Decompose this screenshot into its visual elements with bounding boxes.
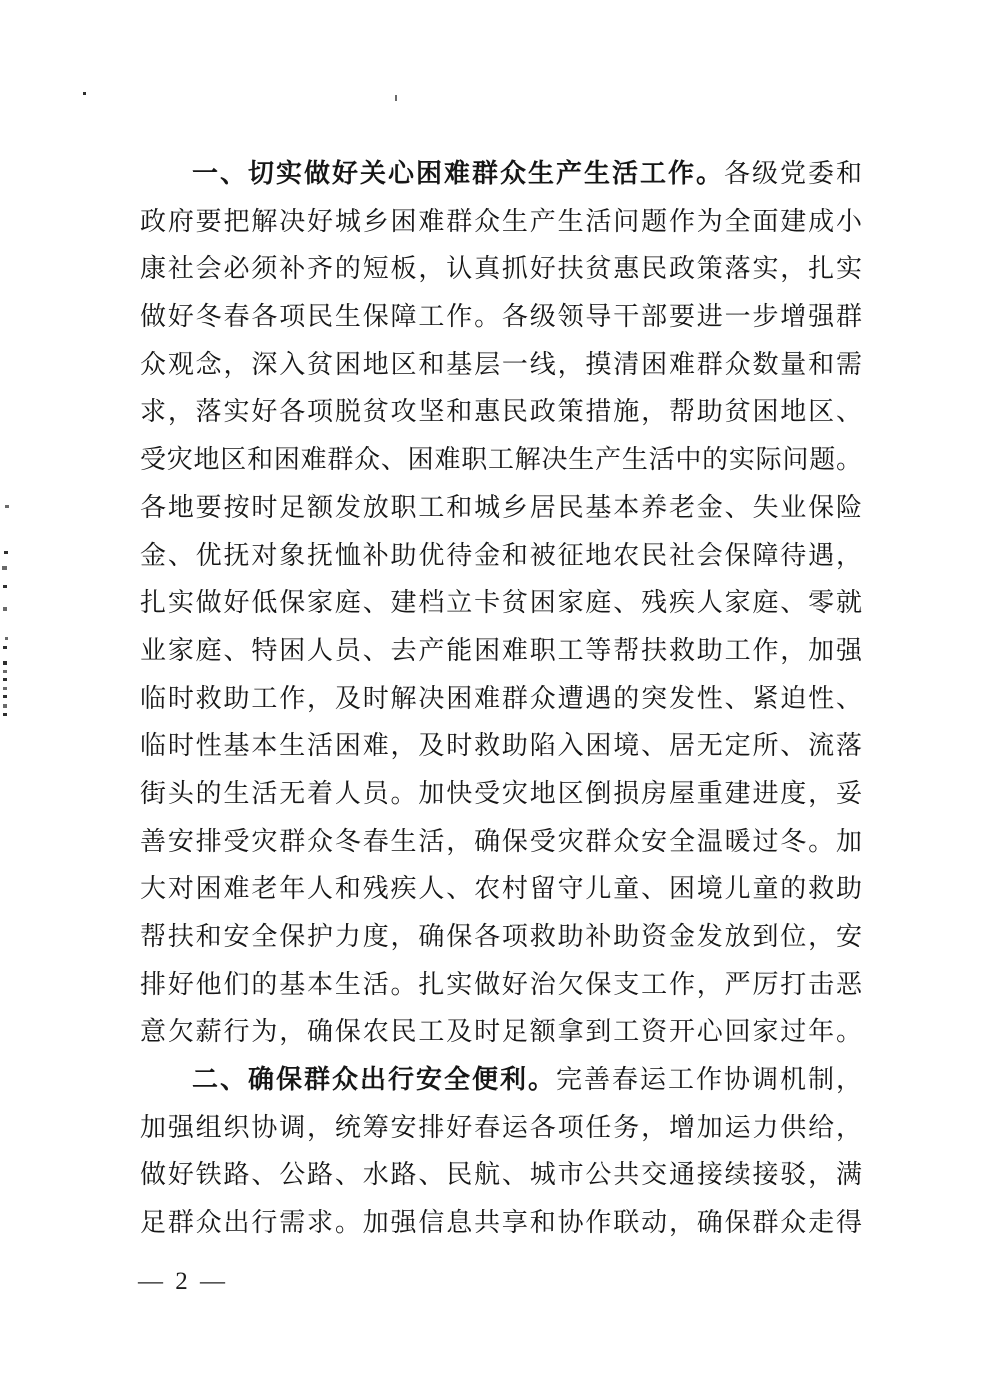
line-text: 大对困难老年人和残疾人、农村留守儿童、困境儿童的救助 — [140, 874, 862, 903]
line-text: 善安排受灾群众冬春生活，确保受灾群众安全温暖过冬。加 — [140, 827, 862, 856]
scan-speck — [5, 505, 9, 508]
line-text: 帮扶和安全保护力度，确保各项救助补助资金发放到位，安 — [140, 922, 862, 951]
text-line: 临时性基本生活困难，及时救助陷入困境、居无定所、流落 — [140, 722, 862, 770]
line-text: 意欠薪行为，确保农民工及时足额拿到工资开心回家过年。 — [140, 1017, 862, 1046]
text-line: 金、优抚对象抚恤补助优待金和被征地农民社会保障待遇， — [140, 532, 862, 580]
line-text: 排好他们的基本生活。扎实做好治欠保支工作，严厉打击恶 — [140, 970, 862, 999]
line-text: 康社会必须补齐的短板，认真抓好扶贫惠民政策落实，扎实 — [140, 254, 862, 283]
page-number: — 2 — — [138, 1266, 228, 1298]
scan-speck — [4, 551, 8, 554]
line-text: 扎实做好低保家庭、建档立卡贫困家庭、残疾人家庭、零就 — [140, 588, 862, 617]
scan-speck — [3, 661, 7, 665]
text-line: 众观念，深入贫困地区和基层一线，摸清困难群众数量和需 — [140, 341, 862, 389]
text-line: 意欠薪行为，确保农民工及时足额拿到工资开心回家过年。 — [140, 1008, 862, 1056]
line-text: 求，落实好各项脱贫攻坚和惠民政策措施，帮助贫困地区、 — [140, 397, 862, 426]
text-line: 康社会必须补齐的短板，认真抓好扶贫惠民政策落实，扎实 — [140, 245, 862, 293]
scan-speck — [3, 687, 7, 690]
text-line: 二、确保群众出行安全便利。完善春运工作协调机制， — [140, 1056, 862, 1104]
line-text: 完善春运工作协调机制， — [556, 1065, 862, 1094]
text-line: 做好铁路、公路、水路、民航、城市公共交通接续接驳，满 — [140, 1151, 862, 1199]
line-text: 足群众出行需求。加强信息共享和协作联动，确保群众走得 — [140, 1208, 862, 1237]
line-text: 政府要把解决好城乡困难群众生产生活问题作为全面建成小 — [140, 207, 862, 236]
line-text: 做好冬春各项民生保障工作。各级领导干部要进一步增强群 — [140, 302, 862, 331]
text-line: 各地要按时足额发放职工和城乡居民基本养老金、失业保险 — [140, 484, 862, 532]
line-text: 业家庭、特困人员、去产能困难职工等帮扶救助工作，加强 — [140, 636, 862, 665]
line-text: 受灾地区和困难群众、困难职工解决生产生活中的实际问题。 — [140, 445, 862, 474]
line-text: 加强组织协调，统筹安排好春运各项任务，增加运力供给， — [140, 1113, 862, 1142]
scan-speck — [3, 585, 7, 588]
text-line: 善安排受灾群众冬春生活，确保受灾群众安全温暖过冬。加 — [140, 818, 862, 866]
text-line: 求，落实好各项脱贫攻坚和惠民政策措施，帮助贫困地区、 — [140, 388, 862, 436]
scan-speck — [3, 713, 7, 716]
scan-speck — [3, 607, 7, 611]
text-line: 一、切实做好关心困难群众生产生活工作。各级党委和 — [140, 150, 862, 198]
text-line: 受灾地区和困难群众、困难职工解决生产生活中的实际问题。 — [140, 436, 862, 484]
line-text: 众观念，深入贫困地区和基层一线，摸清困难群众数量和需 — [140, 350, 862, 379]
text-line: 扎实做好低保家庭、建档立卡贫困家庭、残疾人家庭、零就 — [140, 579, 862, 627]
text-line: 街头的生活无着人员。加快受灾地区倒损房屋重建进度，妥 — [140, 770, 862, 818]
line-text: 做好铁路、公路、水路、民航、城市公共交通接续接驳，满 — [140, 1160, 862, 1189]
section-heading: 二、确保群众出行安全便利。 — [192, 1065, 556, 1094]
document-page: 一、切实做好关心困难群众生产生活工作。各级党委和政府要把解决好城乡困难群众生产生… — [0, 0, 987, 1389]
scan-speck — [3, 704, 7, 708]
line-text: 临时性基本生活困难，及时救助陷入困境、居无定所、流落 — [140, 731, 862, 760]
scan-speck — [3, 695, 7, 698]
text-line: 排好他们的基本生活。扎实做好治欠保支工作，严厉打击恶 — [140, 961, 862, 1009]
scan-speck — [2, 566, 7, 570]
line-text: 临时救助工作，及时解决困难群众遭遇的突发性、紧迫性、 — [140, 684, 862, 713]
scan-speck — [5, 637, 8, 640]
text-line: 临时救助工作，及时解决困难群众遭遇的突发性、紧迫性、 — [140, 675, 862, 723]
scan-speck — [83, 92, 86, 95]
line-text: 金、优抚对象抚恤补助优待金和被征地农民社会保障待遇， — [140, 541, 862, 570]
scan-speck — [395, 95, 397, 101]
line-text: 各地要按时足额发放职工和城乡居民基本养老金、失业保险 — [140, 493, 862, 522]
scan-speck — [3, 670, 7, 673]
text-line: 业家庭、特困人员、去产能困难职工等帮扶救助工作，加强 — [140, 627, 862, 675]
document-body: 一、切实做好关心困难群众生产生活工作。各级党委和政府要把解决好城乡困难群众生产生… — [140, 150, 862, 1247]
line-text: 各级党委和 — [724, 159, 862, 188]
text-line: 大对困难老年人和残疾人、农村留守儿童、困境儿童的救助 — [140, 865, 862, 913]
scan-speck — [3, 678, 7, 681]
scan-speck — [3, 646, 7, 649]
text-line: 足群众出行需求。加强信息共享和协作联动，确保群众走得 — [140, 1199, 862, 1247]
text-line: 帮扶和安全保护力度，确保各项救助补助资金发放到位，安 — [140, 913, 862, 961]
section-heading: 一、切实做好关心困难群众生产生活工作。 — [192, 159, 724, 188]
text-line: 做好冬春各项民生保障工作。各级领导干部要进一步增强群 — [140, 293, 862, 341]
line-text: 街头的生活无着人员。加快受灾地区倒损房屋重建进度，妥 — [140, 779, 862, 808]
text-line: 加强组织协调，统筹安排好春运各项任务，增加运力供给， — [140, 1104, 862, 1152]
text-line: 政府要把解决好城乡困难群众生产生活问题作为全面建成小 — [140, 198, 862, 246]
